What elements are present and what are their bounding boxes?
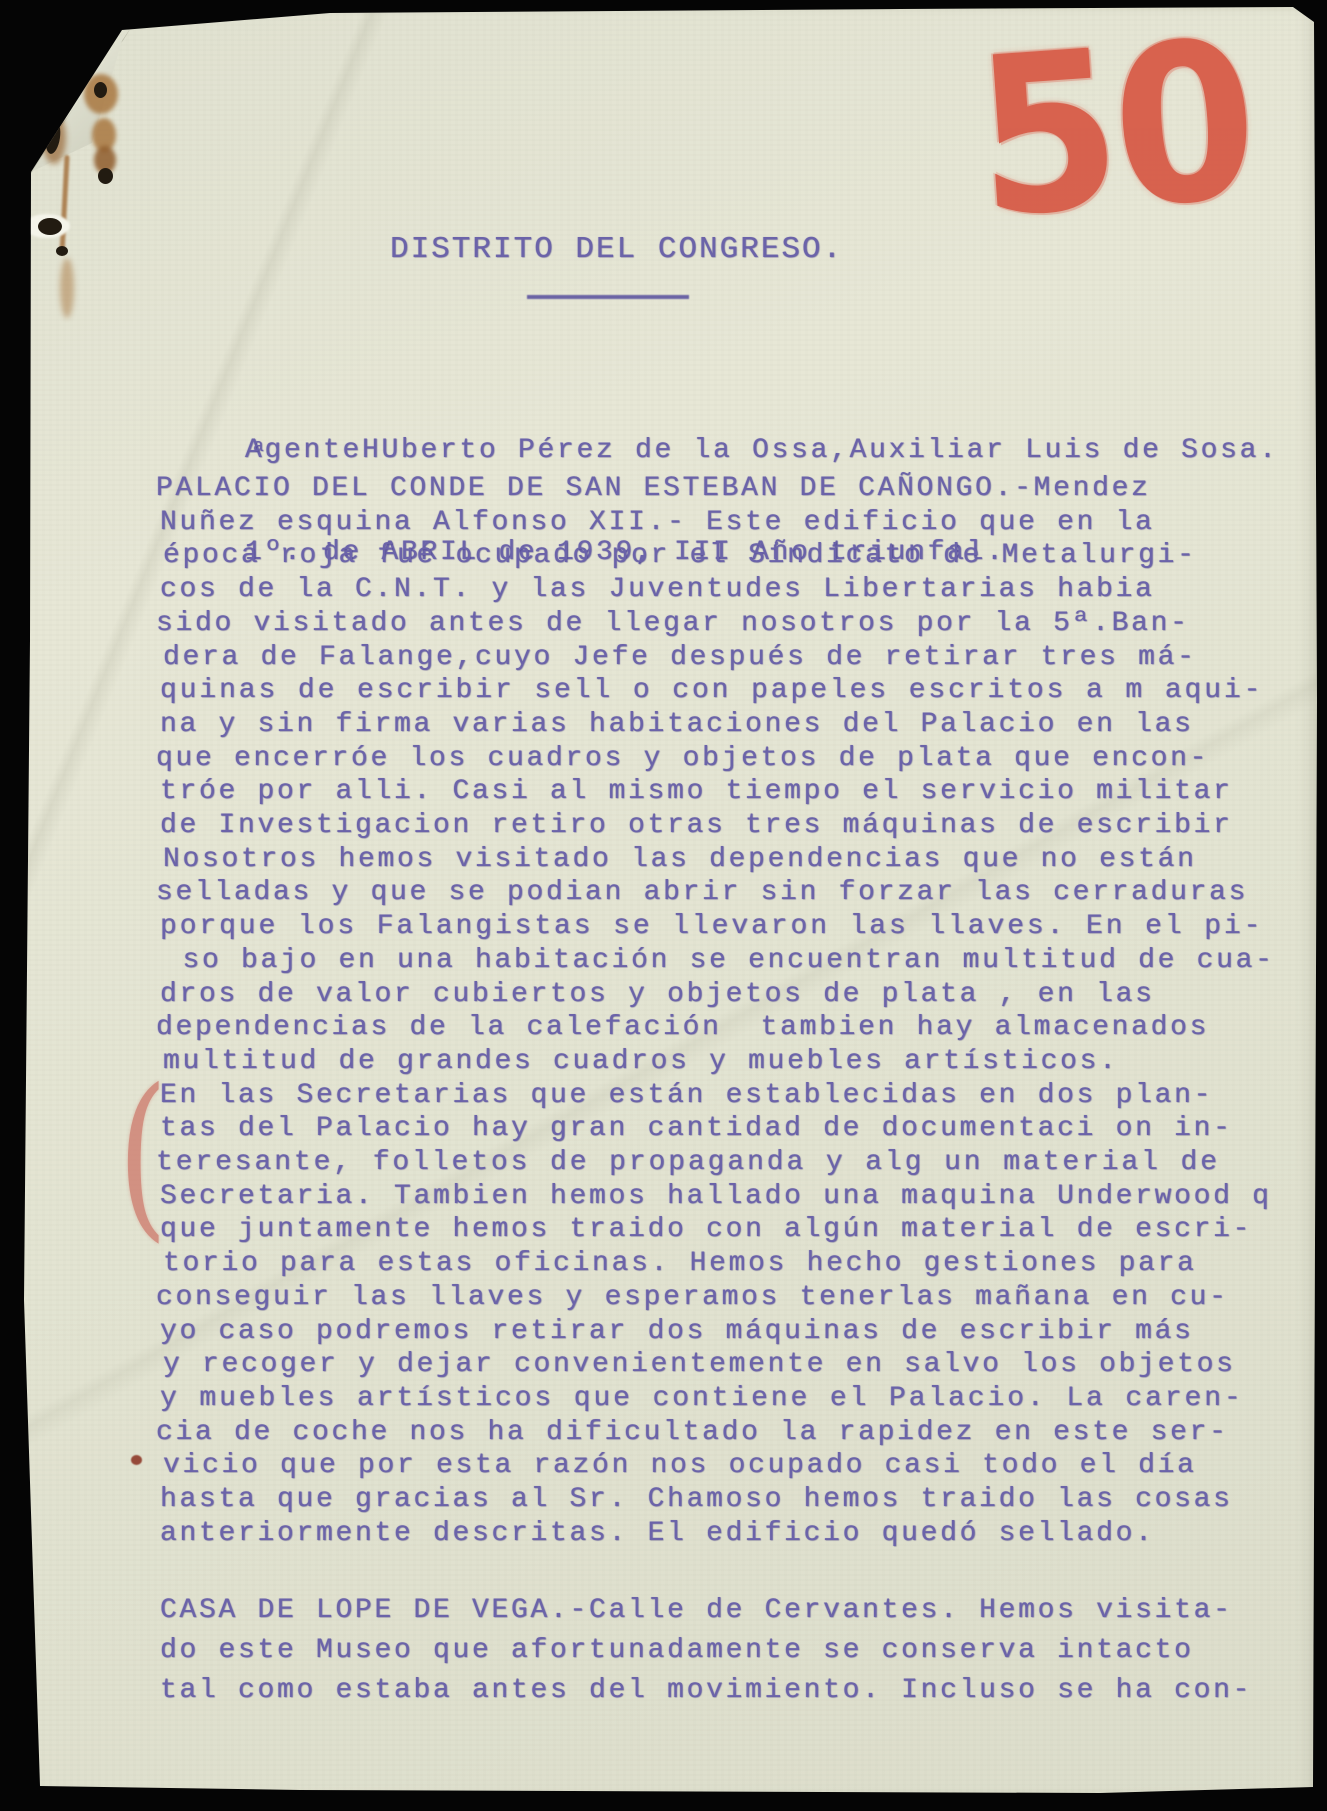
text-line: dros de valor cubiertos y objetos de pla… (160, 978, 1275, 1012)
text-line: selladas y que se podian abrir sin forza… (156, 876, 1275, 910)
text-line: hasta que gracias al Sr. Chamoso hemos t… (160, 1483, 1275, 1517)
rust-stain (94, 146, 116, 174)
text-line: y muebles artísticos que contiene el Pal… (160, 1382, 1275, 1416)
staple-hole (56, 246, 68, 256)
text-line: Secretaria. Tambien hemos hallado una ma… (160, 1180, 1275, 1214)
text-line: porque los Falangistas se llevaron las l… (160, 910, 1275, 944)
paragraph-palacio: PALACIO DEL CONDE DE SAN ESTEBAN DE CAÑO… (160, 472, 1275, 1551)
paragraph-casa-lope-de-vega: CASA DE LOPE DE VEGA.-Calle de Cervantes… (160, 1591, 1252, 1711)
rust-smear (60, 258, 74, 318)
text-line: época roja fué ocupado por el Sindicato … (163, 539, 1275, 573)
text-line: quinas de escribir sell o con papeles es… (160, 674, 1275, 708)
text-line: PALACIO DEL CONDE DE SAN ESTEBAN DE CAÑO… (156, 472, 1275, 506)
text-line: vicio que por esta razón nos ocupado cas… (163, 1449, 1275, 1483)
text-line: que encerróe los cuadros y objetos de pl… (156, 742, 1275, 776)
typed-correction-superscript: a (253, 437, 264, 457)
text-line: que juntamente hemos traido con algún ma… (160, 1213, 1275, 1247)
folded-corner-flap (30, 26, 130, 176)
text-line: anteriormente descritas. El edificio que… (160, 1517, 1275, 1551)
text-line: dependencias de la calefación tambien ha… (156, 1011, 1275, 1045)
title-underline (527, 295, 689, 299)
paper-tear (24, 214, 70, 238)
text-line: do este Museo que afortunadamente se con… (160, 1631, 1252, 1671)
text-line: CASA DE LOPE DE VEGA.-Calle de Cervantes… (160, 1591, 1252, 1631)
red-crayon-dot (131, 1455, 142, 1465)
agent-line: AgenteHUberto Pérez de la Ossa,Auxiliar … (245, 434, 1279, 468)
page-title: DISTRITO DEL CONGRESO. (390, 231, 843, 269)
staple-hole (38, 218, 62, 235)
text-line: yo caso podremos retirar dos máquinas de… (160, 1315, 1275, 1349)
text-line: tróe por alli. Casi al mismo tiempo el s… (160, 775, 1275, 809)
text-line: Nosotros hemos visitado las dependencias… (163, 843, 1275, 877)
text-line: de Investigacion retiro otras tres máqui… (160, 809, 1275, 843)
text-line: na y sin firma varias habitaciones del P… (160, 708, 1275, 742)
staple-hole (98, 168, 113, 184)
text-line: so bajo en una habitación se encuentran … (163, 944, 1275, 978)
red-crayon-parenthesis-mark: ( (118, 1066, 168, 1244)
text-line: cia de coche nos ha dificultado la rapid… (156, 1416, 1275, 1450)
paper-sheet: 50 DISTRITO DEL CONGRESO. AgenteHUberto … (0, 0, 1327, 1811)
text-line: tas del Palacio hay gran cantidad de doc… (160, 1112, 1275, 1146)
text-line: Nuñez esquina Alfonso XII.- Este edifici… (160, 506, 1275, 540)
text-line: cos de la C.N.T. y las Juventudes Libert… (160, 573, 1275, 607)
text-line: multitud de grandes cuadros y muebles ar… (163, 1045, 1275, 1079)
scanned-document-page: 50 DISTRITO DEL CONGRESO. AgenteHUberto … (0, 0, 1327, 1811)
text-line: teresante, folletos de propaganda y alg … (156, 1146, 1275, 1180)
text-line: tal como estaba antes del movimiento. In… (160, 1671, 1252, 1711)
text-line: torio para estas oficinas. Hemos hecho g… (163, 1247, 1275, 1281)
rust-streak (59, 155, 69, 255)
red-crayon-page-number: 50 (969, 13, 1257, 250)
text-line: conseguir las llaves y esperamos tenerla… (156, 1281, 1275, 1315)
text-line: En las Secretarias que están establecida… (160, 1079, 1275, 1113)
text-line: y recoger y dejar convenientemente en sa… (163, 1348, 1275, 1382)
text-line: dera de Falange,cuyo Jefe después de ret… (163, 641, 1275, 675)
text-line: sido visitado antes de llegar nosotros p… (156, 607, 1275, 641)
